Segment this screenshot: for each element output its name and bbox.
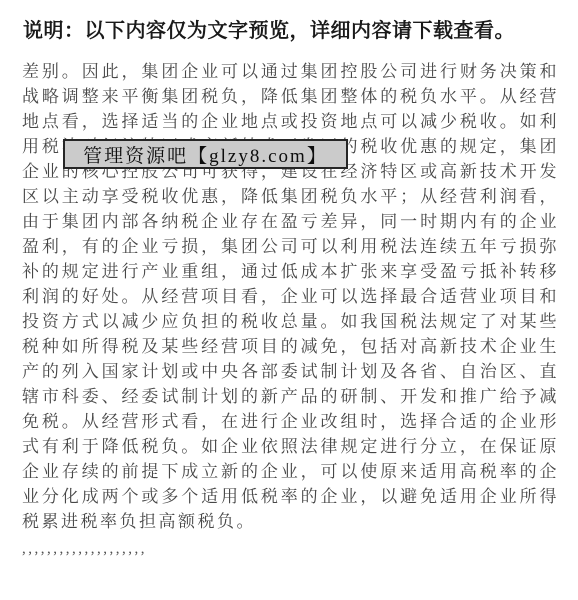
text-line: 产的列入国家计划或中央各部委试制计划及各省、自治区、直	[22, 359, 559, 384]
text-line: 投资方式以减少应负担的税收总量。如我国税法规定了对某些	[22, 309, 559, 334]
ellipsis-row: ,,,,,,,,,,,,,,,,,,,,	[22, 540, 559, 558]
page-title: 说明：以下内容仅为文字预览，详细内容请下载查看。	[23, 19, 515, 43]
watermark-label: 管理资源吧【glzy8.com】	[83, 141, 328, 168]
watermark-badge: 管理资源吧【glzy8.com】	[63, 139, 348, 169]
text-line: 盈利，有的企业亏损，集团公司可以利用税法连续五年亏损弥	[22, 234, 559, 259]
text-line: 免税。从经营形式看，在进行企业改组时，选择合适的企业形	[22, 409, 559, 434]
text-line: 补的规定进行产业重组，通过低成本扩张来享受盈亏抵补转移	[22, 259, 559, 284]
text-line: 地点看，选择适当的企业地点或投资地点可以减少税收。如利	[22, 109, 559, 134]
document-preview-page: 说明：以下内容仅为文字预览，详细内容请下载查看。 差别。因此，集团企业可以通过集…	[0, 0, 578, 600]
text-line: 由于集团内部各纳税企业存在盈亏差异，同一时期内有的企业	[22, 209, 559, 234]
text-line: 式有利于降低税负。如企业依照法律规定进行分立，在保证原	[22, 434, 559, 459]
text-line: 差别。因此，集团企业可以通过集团控股公司进行财务决策和	[22, 59, 559, 84]
text-line: 税累进税率负担高额税负。	[22, 509, 559, 534]
text-line: 企业存续的前提下成立新的企业，可以使原来适用高税率的企	[22, 459, 559, 484]
text-line: 区以主动享受税收优惠，降低集团税负水平；从经营利润看，	[22, 184, 559, 209]
text-line: 税种如所得税及某些经营项目的减免，包括对高新技术企业生	[22, 334, 559, 359]
text-line: 利润的好处。从经营项目看，企业可以选择最合适营业项目和	[22, 284, 559, 309]
text-line: 辖市科委、经委试制计划的新产品的研制、开发和推广给予减	[22, 384, 559, 409]
body-text: 差别。因此，集团企业可以通过集团控股公司进行财务决策和 战略调整来平衡集团税负，…	[22, 59, 559, 558]
text-line: 业分化成两个或多个适用低税率的企业，以避免适用企业所得	[22, 484, 559, 509]
text-line: 战略调整来平衡集团税负，降低集团整体的税负水平。从经营	[22, 84, 559, 109]
